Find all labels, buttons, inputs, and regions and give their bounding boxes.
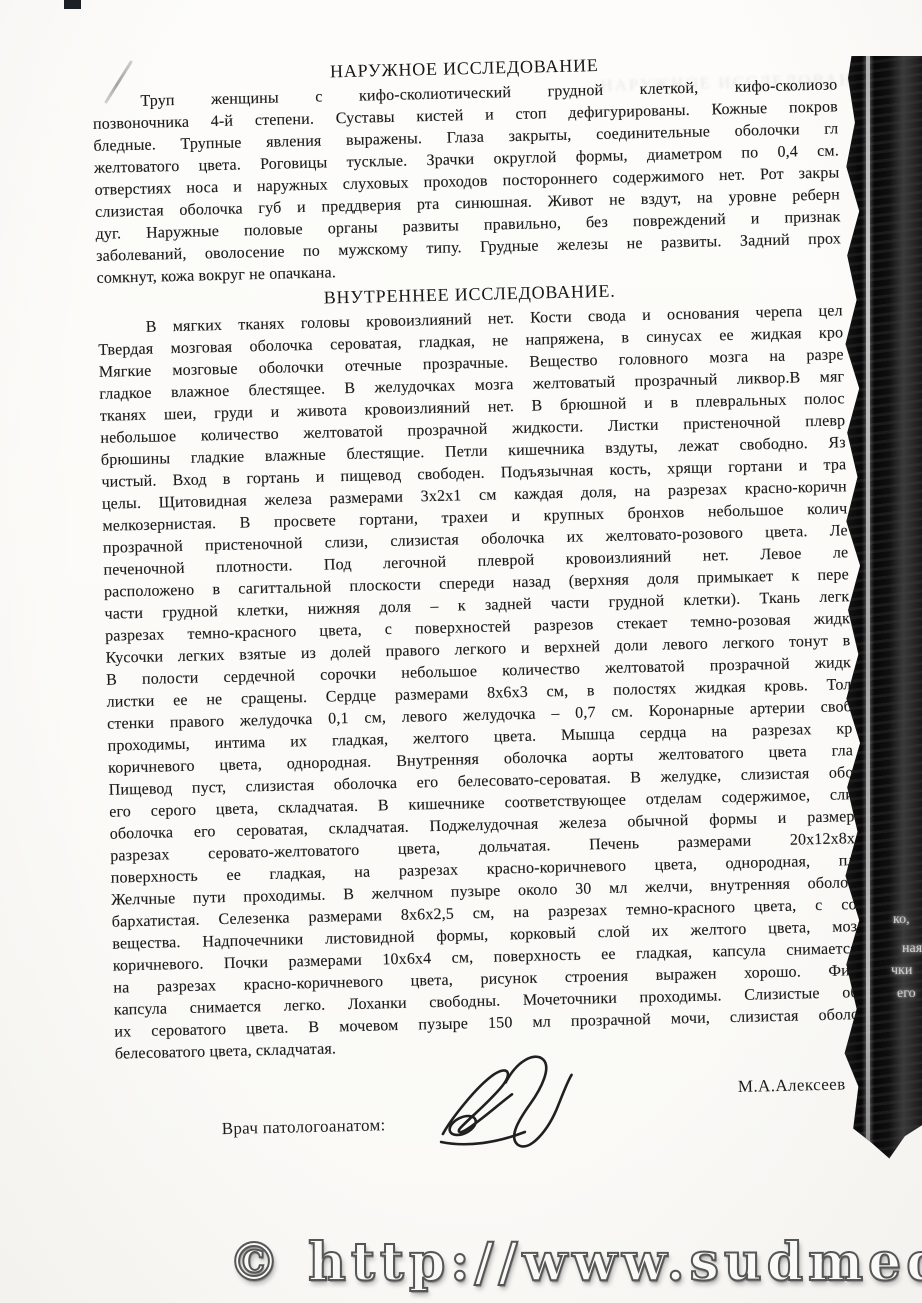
document-body: НАРУЖНОЕ ИССЛЕДОВАНИЕ НАРУЖНОЕ ИССЛЕДОВА… bbox=[92, 46, 864, 1209]
scan-artifact-corner-square bbox=[64, 0, 81, 9]
binding-edge-highlight bbox=[866, 56, 870, 1164]
signature-name: М.А.Алексеев bbox=[738, 1074, 846, 1097]
signature-stroke-icon bbox=[435, 1046, 628, 1170]
signature-role-label: Врач патологоанатом: bbox=[222, 1115, 386, 1139]
edge-text-fragment: чки bbox=[891, 963, 912, 979]
signature-block: Врач патологоанатом: М.А.Алексеев bbox=[116, 1062, 864, 1210]
watermark-url: © http://www.sudmed.ru bbox=[228, 1232, 922, 1293]
scanned-document-page: НАРУЖНОЕ ИССЛЕДОВАНИЕ НАРУЖНОЕ ИССЛЕДОВА… bbox=[0, 0, 922, 1303]
edge-text-fragment: его bbox=[897, 986, 916, 1002]
report-sections: НАРУЖНОЕ ИССЛЕДОВАНИЕТруп женщины с кифо… bbox=[92, 46, 860, 1065]
edge-text-fragment: ная bbox=[902, 941, 922, 957]
edge-text-fragment: ко, bbox=[893, 912, 910, 928]
